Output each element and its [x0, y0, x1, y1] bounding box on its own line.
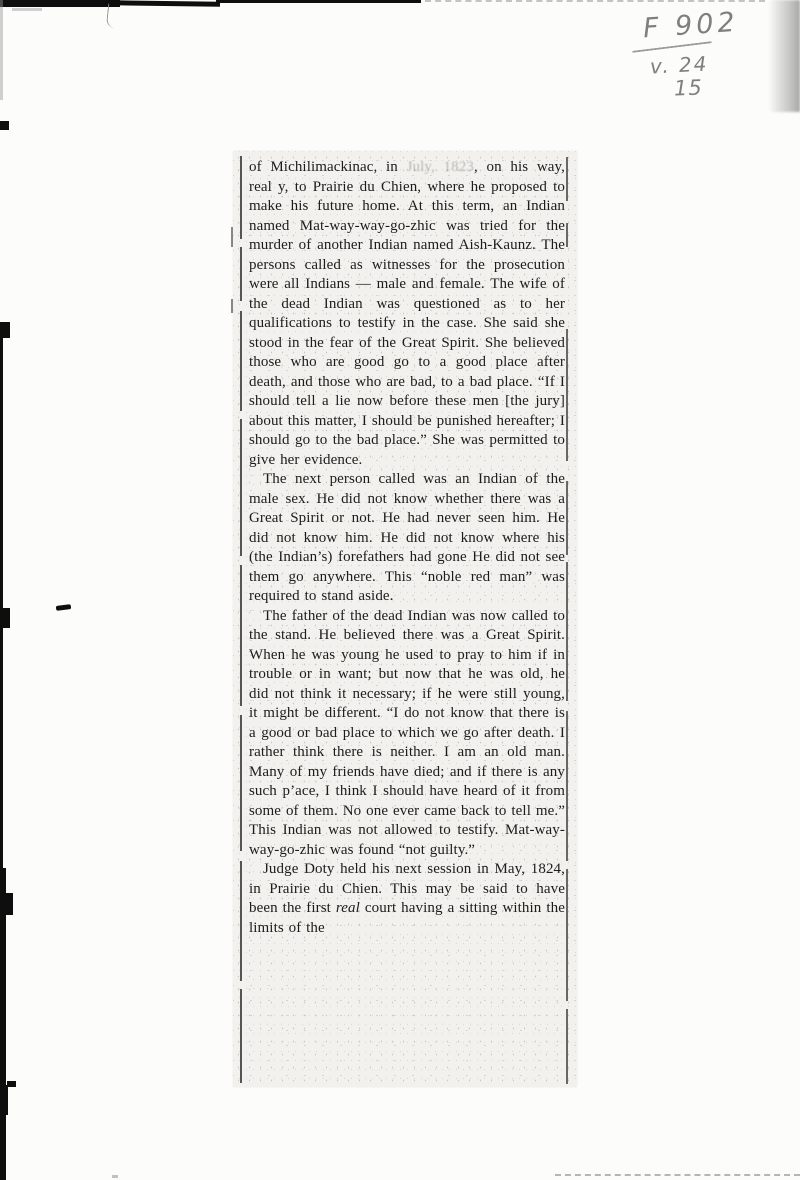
volume-number: v. 24	[649, 51, 709, 78]
top-edge-scan-band	[114, 0, 220, 6]
left-edge-streak	[0, 336, 3, 611]
left-edge-tick	[7, 1081, 16, 1087]
left-edge-blob	[0, 1085, 8, 1115]
illegible-date: July, 1823	[407, 159, 474, 175]
paragraph-text: of Michilimackinac, in	[249, 159, 407, 175]
paragraph-text: , on his way, real y, to Prairie du Chie…	[249, 159, 565, 468]
paragraph: The father of the dead Indian was now ca…	[249, 607, 565, 861]
left-edge-blob	[0, 893, 13, 915]
top-edge-scan-band	[216, 0, 421, 3]
top-edge-scan-band	[0, 0, 120, 7]
left-edge-streak	[0, 626, 3, 872]
top-right-corner-smudge	[768, 0, 800, 112]
page-number: 15	[674, 76, 704, 101]
bottom-edge-speck	[112, 1175, 118, 1178]
left-edge-streak	[0, 0, 3, 100]
paragraph: of Michilimackinac, in July, 1823, on hi…	[249, 158, 565, 470]
top-edge-dotted-line	[425, 0, 765, 4]
pen-stray-mark	[106, 3, 119, 28]
left-edge-mark	[0, 121, 9, 130]
article-column: of Michilimackinac, in July, 1823, on hi…	[233, 151, 577, 948]
paragraph: The next person called was an Indian of …	[249, 470, 565, 607]
newspaper-clipping: of Michilimackinac, in July, 1823, on hi…	[233, 151, 577, 1087]
bottom-edge-dotted-line	[555, 1174, 800, 1178]
call-number: F 902	[642, 7, 740, 45]
column-rule-right	[566, 1009, 568, 1084]
left-edge-blob	[0, 608, 10, 628]
margin-dash-mark	[56, 604, 71, 611]
column-rule-left	[240, 989, 242, 1083]
top-edge-specks	[12, 8, 42, 11]
paragraph: Judge Doty held his next session in May,…	[249, 860, 565, 938]
emphasized-word: real	[336, 900, 360, 916]
